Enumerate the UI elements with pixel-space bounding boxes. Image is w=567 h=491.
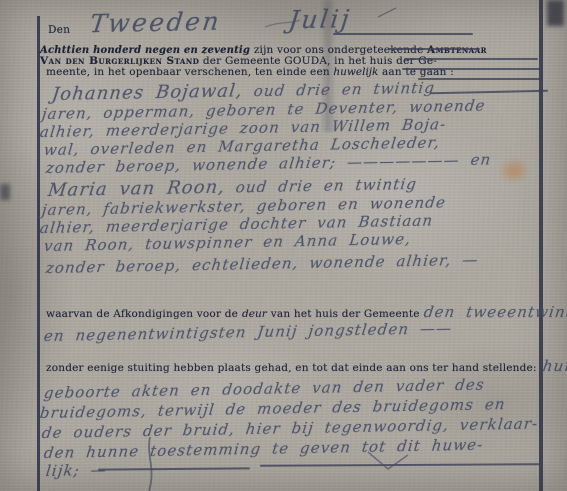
banns-clause-line: waarvan de Afkondigingen voor de deur va… bbox=[46, 303, 567, 321]
closing-rule bbox=[98, 467, 250, 470]
banns-dates-line: en negenentwintigsten Junij jongstleden … bbox=[44, 318, 453, 345]
handwritten-text: hunne bbox=[541, 357, 567, 375]
printed-text: deur bbox=[242, 308, 267, 320]
printed-text: zonder eenige stuiting hebben plaats geh… bbox=[46, 362, 537, 374]
handwritten-text: en negenentwintigsten Junij jongstleden … bbox=[43, 319, 453, 345]
filler-rule bbox=[402, 68, 542, 70]
ink-smudge bbox=[0, 184, 10, 200]
printed-text: meente, in het openbaar verschenen, ten … bbox=[46, 66, 333, 78]
handwritten-text: Julij bbox=[287, 4, 353, 34]
no-objection-clause-line: zonder eenige stuiting hebben plaats geh… bbox=[46, 357, 567, 375]
ink-smudge bbox=[547, 0, 564, 26]
filler-rule bbox=[333, 33, 473, 35]
bride-parents-line: zonder beroep, echtelieden, wonende alhi… bbox=[46, 250, 479, 277]
filler-rule bbox=[430, 90, 548, 94]
filler-rule bbox=[418, 78, 542, 80]
right-margin-rule bbox=[539, 0, 543, 491]
printed-text: van het huis der Gemeente bbox=[271, 308, 420, 320]
filler-rule bbox=[388, 48, 480, 50]
handwritten-text: zonder beroep, echtelieden, wonende alhi… bbox=[45, 251, 480, 277]
form-line-marriage-intent: meente, in het openbaar verschenen, ten … bbox=[46, 60, 454, 79]
rust-stain bbox=[498, 157, 530, 184]
filler-rule bbox=[404, 58, 538, 60]
handwritten-text: Tweeden bbox=[88, 7, 223, 39]
printed-text: huwelijk bbox=[333, 66, 378, 78]
handwritten-text: lijk; — bbox=[45, 461, 108, 480]
printed-text: Den bbox=[48, 24, 70, 36]
printed-text: waarvan de Afkondigingen voor de bbox=[46, 308, 238, 320]
closing-rule bbox=[260, 463, 540, 466]
certificate-page: DenTweedenJulij Achttien honderd negen e… bbox=[0, 0, 567, 491]
form-line-date: DenTweedenJulij bbox=[48, 4, 352, 39]
